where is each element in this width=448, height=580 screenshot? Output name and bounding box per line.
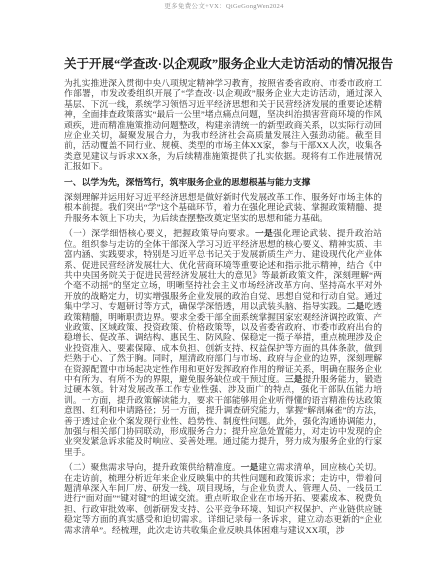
text-run: （二）聚焦需求导向，提升政策供给精准度。: [64, 462, 241, 472]
bold-run: 三是: [285, 374, 303, 384]
bold-run: 二是: [347, 301, 365, 311]
text-run: （一）深学细悟核心要义，把握政策导向要求。: [64, 228, 255, 238]
text-run: 一、以学为先，深悟笃行，筑牢服务企业的思想根基与能力支撑: [64, 177, 310, 187]
bold-run: 一是: [241, 462, 259, 472]
document-content: 关于开展“学查改·以企观政”服务企业大走访活动的情况报告 为扎实推进深入贯彻中央…: [64, 57, 382, 540]
text-run: 强化理论武装、提升政治站位。组织参与走访的全体干部深入学习习近平经济思想的核心要…: [64, 228, 382, 311]
text-run: 深刻理解并运用好习近平经济思想是做好新时代发展改革工作、服务好市场主体的根本前提…: [64, 192, 382, 223]
document-title: 关于开展“学查改·以企观政”服务企业大走访活动的情况报告: [64, 57, 382, 71]
text-run: 吃透政策精髓，明晰职责边界。要求全委干部全面系统掌握国家宏观经济调控政策、产业政…: [64, 301, 382, 384]
paragraph: （二）聚焦需求导向，提升政策供给精准度。一是建立需求清单，回应核心关切。在走访前…: [64, 462, 382, 535]
paragraph: （一）深学细悟核心要义，把握政策导向要求。一是强化理论武装、提升政治站位。组织参…: [64, 228, 382, 457]
document-body: 为扎实推进深入贯彻中央八项规定精神学习教育，按照省委省政府、市委市政府工作部署，…: [64, 78, 382, 535]
paragraph: 深刻理解并运用好习近平经济思想是做好新时代发展改革工作、服务好市场主体的根本前提…: [64, 192, 382, 223]
text-run: 建立需求清单，回应核心关切。在走访前，梳理分析近年来企业反映集中的共性问题和政策…: [64, 462, 382, 534]
paragraph: 为扎实推进深入贯彻中央八项规定精神学习教育，按照省委省政府、市委市政府工作部署，…: [64, 78, 382, 172]
watermark-text: 更多免费公文+VX：QiGeGongWen2024: [0, 3, 448, 11]
text-run: 为扎实推进深入贯彻中央八项规定精神学习教育，按照省委省政府、市委市政府工作部署，…: [64, 78, 382, 171]
bold-run: 一是: [255, 228, 273, 238]
text-run: 提升服务能力，锻造过硬本领。针对发展改革工作专业性强、涉及面广的特点，强化干部队…: [64, 374, 382, 457]
section-heading: 一、以学为先，深悟笃行，筑牢服务企业的思想根基与能力支撑: [64, 177, 382, 187]
